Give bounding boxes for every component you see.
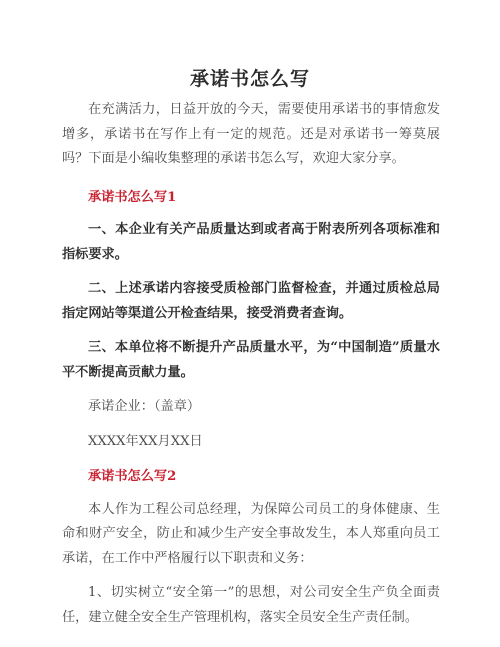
- section-paragraph: 本人作为工程公司总经理，为保障公司员工的身体健康、生命和财产安全，防止和减少生产…: [62, 498, 440, 572]
- section-paragraph: 二、上述承诺内容接受质检部门监督检查，并通过质检总局指定网站等渠道公开检查结果，…: [62, 277, 440, 326]
- date-line: XXXX年XX月XX日: [62, 430, 440, 455]
- section-2: 承诺书怎么写2 本人作为工程公司总经理，为保障公司员工的身体健康、生命和财产安全…: [62, 465, 440, 630]
- section-paragraph: 一、本企业有关产品质量达到或者高于附表所列各项标准和指标要求。: [62, 218, 440, 267]
- document-body: 在充满活力，日益开放的今天，需要使用承诺书的事情愈发增多，承诺书在写作上有一定的…: [62, 98, 440, 640]
- section-paragraph: 1、切实树立“安全第一”的思想，对公司安全生产负全面责任，建立健全安全生产管理机…: [62, 581, 440, 630]
- section-heading: 承诺书怎么写2: [62, 465, 440, 490]
- section-paragraph: 三、本单位将不断提升产品质量水平，为“中国制造”质量水平不断提高贡献力量。: [62, 336, 440, 385]
- section-heading: 承诺书怎么写1: [62, 186, 440, 211]
- signature-line: 承诺企业：（盖章）: [62, 395, 440, 420]
- document-page: 承诺书怎么写 在充满活力，日益开放的今天，需要使用承诺书的事情愈发增多，承诺书在…: [0, 0, 500, 647]
- section-1: 承诺书怎么写1 一、本企业有关产品质量达到或者高于附表所列各项标准和指标要求。 …: [62, 186, 440, 455]
- intro-paragraph: 在充满活力，日益开放的今天，需要使用承诺书的事情愈发增多，承诺书在写作上有一定的…: [62, 98, 440, 172]
- document-title: 承诺书怎么写: [0, 64, 500, 91]
